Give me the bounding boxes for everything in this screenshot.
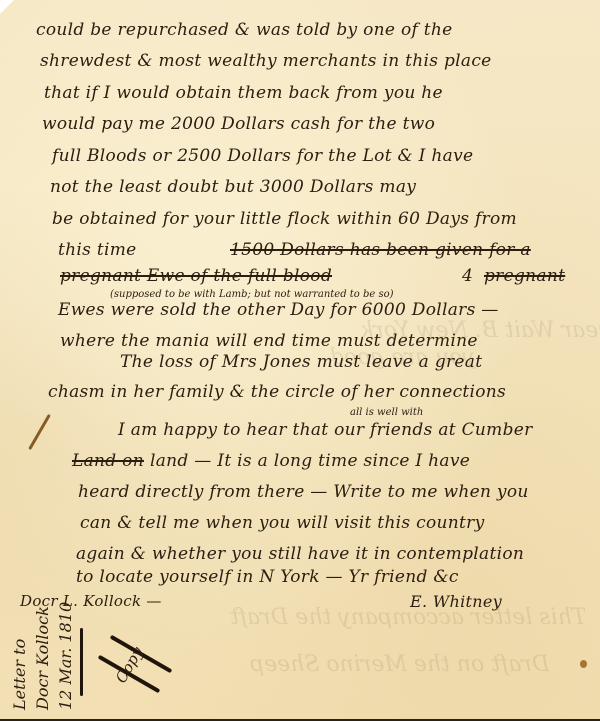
letter-line: I am happy to hear that our friends at C… [118,420,533,440]
letter-page: Dear Wait B. New York you are good This … [0,0,600,721]
ink-stain [580,660,587,668]
struck-text: Land on [72,451,144,471]
docket-note: Letter to Docr Kollock 12 Mar. 1810 [8,602,77,710]
letter-line: again & whether you still have it in con… [76,544,524,564]
struck-text: 1500 Dollars has been given for a [230,240,531,260]
docket-divider [80,628,83,696]
letter-line: Ewes were sold the other Day for 6000 Do… [58,300,499,320]
bleed-through-text: Draft on the Merino Sheep [250,652,550,677]
docket-line: Letter to [8,602,31,710]
letter-line: be obtained for your little flock within… [52,209,517,229]
letter-line: can & tell me when you will visit this c… [80,513,484,533]
letter-line: not the least doubt but 3000 Dollars may [50,177,416,197]
letter-line: that if I would obtain them back from yo… [44,83,443,103]
interlinear-note: (supposed to be with Lamb; but not warra… [110,289,394,300]
margin-mark [28,414,51,450]
bleed-through-text: This letter accompany the Draft [230,605,586,630]
torn-corner [0,0,14,14]
docket-line: 12 Mar. 1810 [54,602,77,710]
letter-line: full Bloods or 2500 Dollars for the Lot … [52,146,473,166]
letter-line: to locate yourself in N York — Yr friend… [76,567,459,587]
signature: E. Whitney [410,592,502,611]
interlinear-note: all is well with [350,407,423,418]
letter-line: The loss of Mrs Jones must leave a great [120,352,482,372]
letter-line: this time [58,240,137,260]
letter-line: heard directly from there — Write to me … [78,482,529,502]
docket-line: Docr Kollock [31,602,54,710]
copy-mark: Copy [96,638,176,698]
struck-text: pregnant [484,266,565,286]
letter-line: shrewdest & most wealthy merchants in th… [40,51,492,71]
letter-line: where the mania will end time must deter… [60,331,478,351]
letter-line: 4 [462,266,473,286]
letter-line: land — It is a long time since I have [150,451,470,471]
letter-line: would pay me 2000 Dollars cash for the t… [42,114,435,134]
struck-text: pregnant Ewe of the full blood [60,266,332,286]
letter-line: chasm in her family & the circle of her … [48,382,506,402]
letter-line: could be repurchased & was told by one o… [36,20,453,40]
